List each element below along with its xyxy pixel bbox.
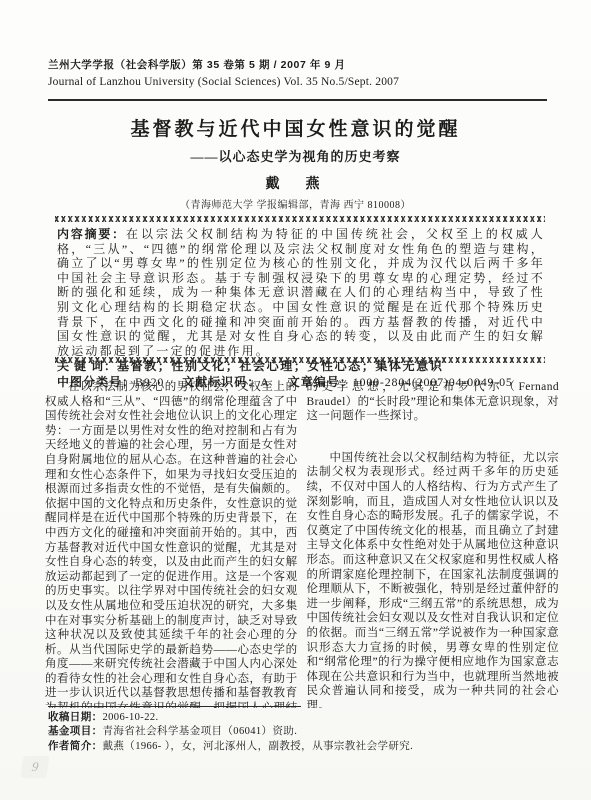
- abstract-block: 内容摘要：在以宗法父权制结构为特征的中国传统社会，父权至上的权威人格，“三从”、…: [57, 227, 545, 390]
- footnote-author-bio: 作者简介：戴燕（1966- ），女，河北涿州人，副教授，从事宗教社会学研究.: [48, 740, 518, 754]
- body-columns: 在以宗法制为核心的男权社会，父权至上的权威人格和“三从”、“四德”的纲常伦理蕴含…: [45, 380, 559, 708]
- page-number-mark: 9: [20, 756, 49, 778]
- footnote-divider-rule: [48, 706, 301, 707]
- journal-name-english: Journal of Lanzhou University (Social Sc…: [48, 76, 548, 88]
- left-column: 在以宗法制为核心的男权社会，父权至上的权威人格和“三从”、“四德”的纲常伦理蕴含…: [45, 380, 298, 708]
- abstract-label: 内容摘要：: [57, 227, 126, 241]
- footnote-received-date: 收稿日期：2006-10-22.: [48, 711, 518, 725]
- article-subtitle: ——以心态史学为视角的历史考察: [0, 146, 591, 165]
- body-paragraph-continuation: 的史学思想，尤其是布罗代尔（Fernand Braudel）的“长时段”理论和集…: [307, 380, 560, 424]
- footnote-fund-project: 基金项目：青海省社会科学基金项目（06041）资助.: [48, 725, 518, 739]
- author-name: 戴 燕: [0, 173, 591, 193]
- journal-header: 兰州大学学报（社会科学版）第 35 卷第 5 期 / 2007 年 9 月 Jo…: [48, 57, 548, 88]
- received-date-label: 收稿日期：: [48, 712, 103, 723]
- journal-name-chinese: 兰州大学学报（社会科学版）第 35 卷第 5 期 / 2007 年 9 月: [48, 57, 548, 72]
- author-affiliation: （青海师范大学 学报编辑部，青海 西宁 810008）: [0, 196, 591, 211]
- right-column: 的史学思想，尤其是布罗代尔（Fernand Braudel）的“长时段”理论和集…: [307, 380, 560, 708]
- abstract-paragraph: 内容摘要：在以宗法父权制结构为特征的中国传统社会，父权至上的权威人格，“三从”、…: [57, 227, 545, 358]
- body-paragraph-left: 在以宗法制为核心的男权社会，父权至上的权威人格和“三从”、“四德”的纲常伦理蕴含…: [45, 380, 298, 708]
- fund-project-value: 青海省社会科学基金项目（06041）资助.: [103, 726, 298, 737]
- decorative-braid-divider-bottom: [55, 357, 545, 363]
- abstract-text: 在以宗法父权制结构为特征的中国传统社会，父权至上的权威人格，“三从”、“四德”的…: [57, 227, 545, 358]
- author-bio-label: 作者简介：: [48, 741, 103, 752]
- footnote-block: 收稿日期：2006-10-22. 基金项目：青海省社会科学基金项目（06041）…: [48, 706, 518, 754]
- article-title: 基督教与近代中国女性意识的觉醒: [0, 114, 591, 141]
- decorative-braid-divider-top: [55, 216, 545, 222]
- journal-page: 兰州大学学报（社会科学版）第 35 卷第 5 期 / 2007 年 9 月 Jo…: [0, 0, 591, 800]
- header-divider-rule: [48, 99, 547, 101]
- fund-project-label: 基金项目：: [48, 726, 103, 737]
- author-bio-value: 戴燕（1966- ），女，河北涿州人，副教授，从事宗教社会学研究.: [103, 741, 414, 752]
- body-paragraph-2: 中国传统社会以父权制结构为特征，尤以宗法制父权为表现形式。经过两千多年的历史延续…: [307, 451, 560, 708]
- received-date-value: 2006-10-22.: [103, 712, 159, 723]
